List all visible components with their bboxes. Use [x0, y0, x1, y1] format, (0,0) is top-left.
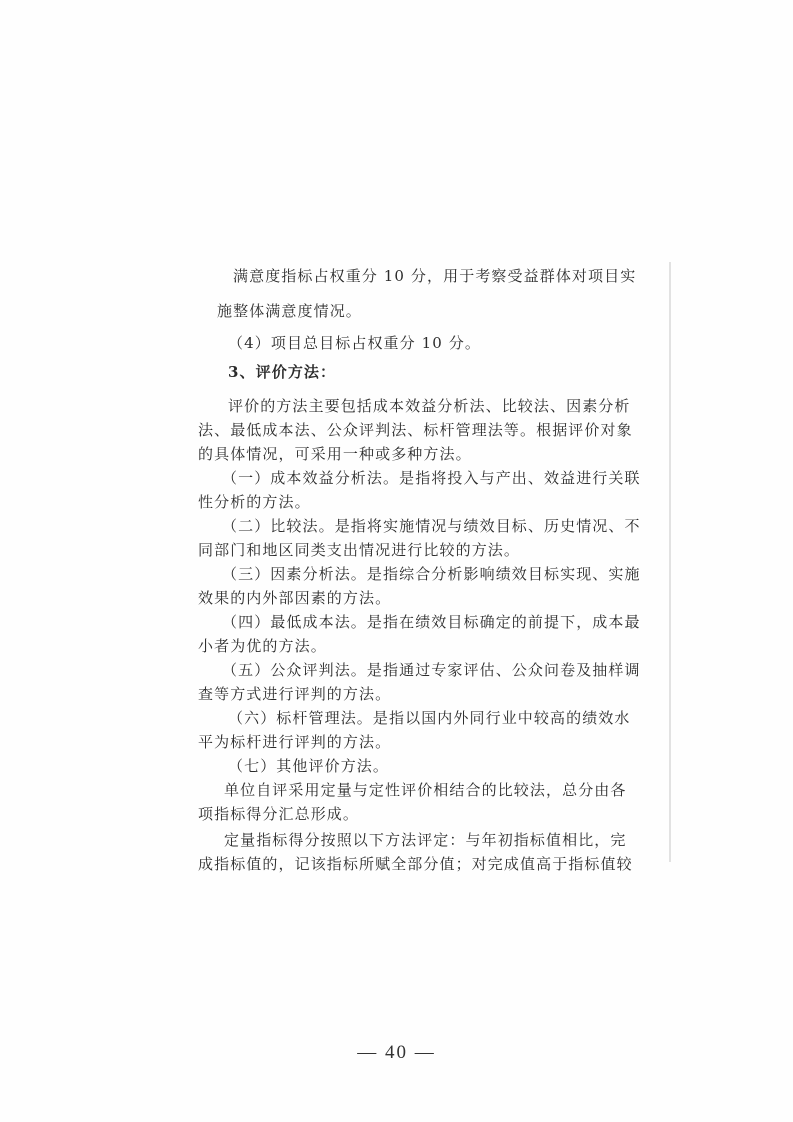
- section-heading: 3、评价方法：: [228, 361, 336, 382]
- paragraph-line: （三）因素分析法。是指综合分析影响绩效目标实现、实施: [222, 563, 641, 584]
- document-page: 满意度指标占权重分 10 分，用于考察受益群体对项目实施整体满意度情况。（4）项…: [0, 0, 793, 1122]
- page-edge-divider: [669, 262, 671, 862]
- paragraph-line: 评价的方法主要包括成本效益分析法、比较法、因素分析: [228, 395, 631, 416]
- page-number: — 40 —: [0, 1042, 793, 1064]
- paragraph-line: （四）最低成本法。是指在绩效目标确定的前提下，成本最: [222, 611, 641, 632]
- paragraph-line: （五）公众评判法。是指通过专家评估、公众问卷及抽样调: [222, 659, 641, 680]
- paragraph-line: （二）比较法。是指将实施情况与绩效目标、历史情况、不: [222, 515, 641, 536]
- paragraph-line: 满意度指标占权重分 10 分，用于考察受益群体对项目实: [233, 265, 636, 286]
- paragraph-line: 项指标得分汇总形成。: [198, 803, 359, 824]
- paragraph-line: 单位自评采用定量与定性评价相结合的比较法，总分由各: [224, 779, 627, 800]
- paragraph-line: 定量指标得分按照以下方法评定：与年初指标值相比，完: [224, 829, 627, 850]
- paragraph-line: 成指标值的，记该指标所赋全部分值；对完成值高于指标值较: [198, 853, 633, 874]
- paragraph-line: 同部门和地区同类支出情况进行比较的方法。: [198, 539, 520, 560]
- paragraph-line: 平为标杆进行评判的方法。: [198, 731, 391, 752]
- paragraph-line: （4）项目总目标占权重分 10 分。: [228, 332, 481, 353]
- paragraph-line: 小者为优的方法。: [198, 635, 327, 656]
- paragraph-line: （一）成本效益分析法。是指将投入与产出、效益进行关联: [222, 467, 641, 488]
- paragraph-line: 法、最低成本法、公众评判法、标杆管理法等。根据评价对象: [198, 419, 633, 440]
- paragraph-line: 查等方式进行评判的方法。: [198, 683, 391, 704]
- paragraph-line: 施整体满意度情况。: [217, 300, 362, 321]
- paragraph-line: 效果的内外部因素的方法。: [198, 587, 391, 608]
- paragraph-line: 性分析的方法。: [198, 491, 311, 512]
- paragraph-line: 的具体情况，可采用一种或多种方法。: [198, 443, 472, 464]
- paragraph-line: （六）标杆管理法。是指以国内外同行业中较高的绩效水: [228, 707, 631, 728]
- paragraph-line: （七）其他评价方法。: [228, 755, 389, 776]
